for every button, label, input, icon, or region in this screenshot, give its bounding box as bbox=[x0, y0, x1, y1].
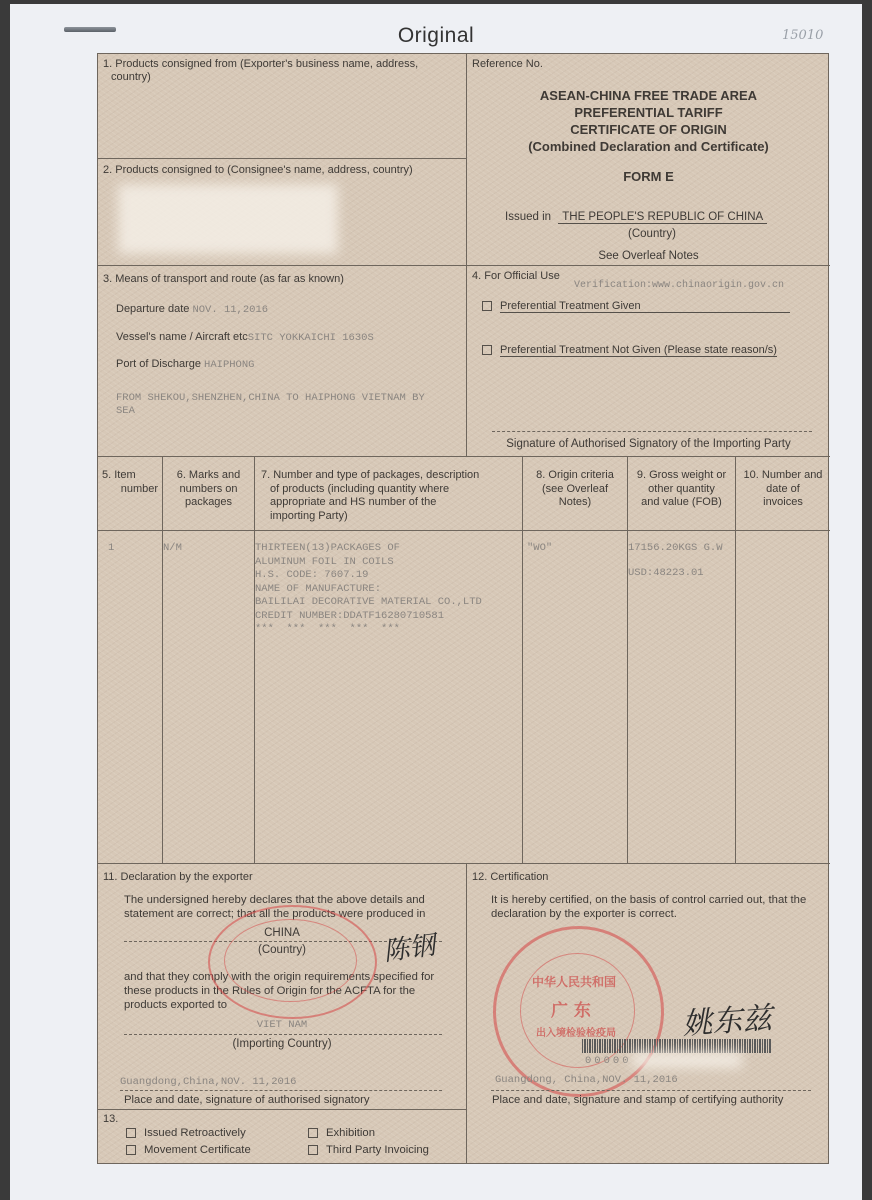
redacted-barcode-number bbox=[632, 1052, 742, 1068]
redacted-consignee bbox=[118, 184, 338, 254]
header-line: 5. Item bbox=[102, 469, 158, 483]
exporter-place-caption: Place and date, signature of authorised … bbox=[124, 1094, 370, 1106]
checkbox-icon[interactable] bbox=[308, 1128, 318, 1138]
header-line: Notes) bbox=[525, 496, 625, 510]
option-label: Exhibition bbox=[326, 1127, 375, 1139]
checkbox-icon[interactable] bbox=[482, 345, 492, 355]
exporter-place-date: Guangdong,China,NOV. 11,2016 bbox=[120, 1076, 296, 1090]
box3-transport: 3. Means of transport and route (as far … bbox=[98, 265, 466, 456]
importing-country: VIET NAM bbox=[98, 1019, 466, 1033]
handwritten-number: 15010 bbox=[782, 28, 823, 43]
option-label: Third Party Invoicing bbox=[326, 1144, 429, 1156]
header-line: 8. Origin criteria bbox=[525, 469, 625, 483]
issued-in-row: Issued in THE PEOPLE'S REPUBLIC OF CHINA bbox=[505, 211, 767, 224]
header-line: packages bbox=[167, 496, 250, 510]
box11-declaration: 11. Declaration by the exporter The unde… bbox=[98, 863, 466, 1109]
value-line: ALUMINUM FOIL IN COILS bbox=[255, 556, 482, 570]
exporter-signature-line bbox=[120, 1090, 442, 1091]
port-value: HAIPHONG bbox=[204, 359, 254, 371]
route-line2: SEA bbox=[116, 405, 135, 419]
header-item-number: 5. Itemnumber bbox=[98, 465, 162, 496]
box11-label: 11. Declaration by the exporter bbox=[103, 871, 253, 884]
column-origin-criteria: 8. Origin criteria(see OverleafNotes)"WO… bbox=[522, 457, 627, 864]
title-line2: PREFERENTIAL TARIFF bbox=[467, 104, 830, 121]
option-not-given-label: Preferential Treatment Not Given (Please… bbox=[500, 344, 777, 357]
column-gross-weight: 9. Gross weight orother quantityand valu… bbox=[627, 457, 735, 864]
certifier-place-caption: Place and date, signature and stamp of c… bbox=[492, 1094, 783, 1106]
box2-label: 2. Products consigned to (Consignee's na… bbox=[103, 164, 413, 177]
stamp-text-line1: 中华人民共和国 bbox=[532, 973, 616, 990]
certificate-title: ASEAN-CHINA FREE TRADE AREA PREFERENTIAL… bbox=[467, 87, 830, 155]
certification-line2: declaration by the exporter is correct. bbox=[491, 907, 806, 921]
column-marks: 6. Marks andnumbers onpackagesN/M bbox=[162, 457, 254, 864]
box3-label: 3. Means of transport and route (as far … bbox=[103, 273, 344, 286]
certification-text: It is hereby certified, on the basis of … bbox=[491, 893, 806, 921]
port-label: Port of Discharge bbox=[116, 358, 201, 370]
goods-table: 5. Itemnumber16. Marks andnumbers onpack… bbox=[98, 456, 830, 863]
stamp-inner-ring bbox=[224, 919, 357, 1002]
box13-label: 13. bbox=[103, 1113, 118, 1126]
box1-exporter: 1. Products consigned from (Exporter's b… bbox=[98, 54, 466, 158]
checkbox-icon[interactable] bbox=[126, 1128, 136, 1138]
option-given-label: Preferential Treatment Given bbox=[500, 300, 790, 313]
departure-label: Departure date bbox=[116, 303, 189, 315]
overleaf-notes: See Overleaf Notes bbox=[467, 250, 830, 262]
header-line: and value (FOB) bbox=[630, 496, 733, 510]
option-movement-certificate[interactable]: Movement Certificate bbox=[126, 1144, 251, 1156]
column-item-number: 5. Itemnumber1 bbox=[98, 457, 162, 864]
value-line: *** *** *** *** *** bbox=[255, 623, 482, 637]
title-line3: CERTIFICATE OF ORIGIN bbox=[467, 121, 830, 138]
title-line1: ASEAN-CHINA FREE TRADE AREA bbox=[467, 87, 830, 104]
value-line: N/M bbox=[163, 542, 182, 556]
value-line: "WO" bbox=[527, 542, 552, 556]
checkbox-icon[interactable] bbox=[482, 301, 492, 311]
departure-value: NOV. 11,2016 bbox=[192, 304, 268, 316]
importing-signature-caption: Signature of Authorised Signatory of the… bbox=[467, 438, 830, 450]
declaration-line1: The undersigned hereby declares that the… bbox=[124, 893, 425, 907]
box2-consignee: 2. Products consigned to (Consignee's na… bbox=[98, 158, 466, 265]
certifier-signature-line bbox=[491, 1090, 811, 1091]
header-line: other quantity bbox=[630, 483, 733, 497]
checkbox-icon[interactable] bbox=[308, 1145, 318, 1155]
header-invoices: 10. Number anddate ofinvoices bbox=[736, 465, 830, 510]
value-marks: N/M bbox=[163, 542, 182, 556]
certificate-form: 1. Products consigned from (Exporter's b… bbox=[97, 53, 829, 1164]
departure-row: Departure date NOV. 11,2016 bbox=[116, 303, 268, 318]
page-title: Original bbox=[0, 24, 872, 48]
value-line: CREDIT NUMBER:DDATF16280710581 bbox=[255, 610, 482, 624]
header-line: numbers on bbox=[167, 483, 250, 497]
importing-line bbox=[124, 1034, 442, 1035]
box1-label-line1: 1. Products consigned from (Exporter's b… bbox=[103, 58, 418, 71]
header-gross-weight: 9. Gross weight orother quantityand valu… bbox=[628, 465, 735, 510]
checkbox-icon[interactable] bbox=[126, 1145, 136, 1155]
value-line: BAILILAI DECORATIVE MATERIAL CO.,LTD bbox=[255, 596, 482, 610]
value-line: 17156.20KGS G.W bbox=[628, 542, 723, 556]
title-line4: (Combined Declaration and Certificate) bbox=[467, 138, 830, 155]
value-line bbox=[736, 542, 742, 556]
header-description: 7. Number and type of packages, descript… bbox=[255, 465, 522, 523]
option-label: Movement Certificate bbox=[144, 1144, 251, 1156]
port-row: Port of Discharge HAIPHONG bbox=[116, 358, 254, 373]
certifier-place-date: Guangdong, China,NOV. 11,2016 bbox=[495, 1074, 678, 1088]
box1-label: 1. Products consigned from (Exporter's b… bbox=[103, 58, 418, 84]
header-marks: 6. Marks andnumbers onpackages bbox=[163, 465, 254, 510]
official-bureau-stamp: 中华人民共和国 广 东 出入境检验检疫局 bbox=[493, 926, 664, 1097]
box13-options: 13. Issued Retroactively Exhibition Move… bbox=[98, 1109, 466, 1163]
form-name: FORM E bbox=[467, 169, 830, 184]
header-origin-criteria: 8. Origin criteria(see OverleafNotes) bbox=[523, 465, 627, 510]
value-description: THIRTEEN(13)PACKAGES OFALUMINUM FOIL IN … bbox=[255, 542, 482, 637]
value-line: 1 bbox=[108, 542, 114, 556]
country-caption: (Country) bbox=[572, 228, 732, 240]
value-line: NAME OF MANUFACTURE: bbox=[255, 583, 482, 597]
importing-country-caption: (Importing Country) bbox=[98, 1038, 466, 1050]
exporter-signature: 陈钢 bbox=[381, 925, 438, 969]
barcode-number: 00000 bbox=[585, 1055, 632, 1069]
value-line: H.S. CODE: 7607.19 bbox=[255, 569, 482, 583]
header-line: number bbox=[102, 483, 158, 497]
column-description: 7. Number and type of packages, descript… bbox=[254, 457, 522, 864]
certifier-signature: 姚东兹 bbox=[681, 993, 774, 1043]
header-line: appropriate and HS number of the bbox=[261, 496, 518, 510]
header-line: 10. Number and bbox=[738, 469, 828, 483]
value-invoices bbox=[736, 542, 742, 556]
vessel-value: SITC YOKKAICHI 1630S bbox=[248, 332, 374, 344]
issued-in-value: THE PEOPLE'S REPUBLIC OF CHINA bbox=[558, 211, 767, 224]
header-line: 9. Gross weight or bbox=[630, 469, 733, 483]
option-treatment-given[interactable]: Preferential Treatment Given bbox=[482, 300, 792, 313]
stamp-text-line2: 广 东 bbox=[551, 996, 591, 1021]
option-exhibition[interactable]: Exhibition bbox=[308, 1127, 375, 1139]
vessel-row: Vessel's name / Aircraft etcSITC YOKKAIC… bbox=[116, 331, 374, 346]
column-invoices: 10. Number anddate ofinvoices bbox=[735, 457, 830, 864]
header-line: of products (including quantity where bbox=[261, 483, 518, 497]
option-issued-retroactively[interactable]: Issued Retroactively bbox=[126, 1127, 246, 1139]
box12-certification: 12. Certification It is hereby certified… bbox=[466, 863, 830, 1163]
box4-label: 4. For Official Use bbox=[472, 270, 560, 283]
box12-label: 12. Certification bbox=[472, 871, 548, 884]
header-line: 6. Marks and bbox=[167, 469, 250, 483]
header-line: invoices bbox=[738, 496, 828, 510]
option-treatment-not-given[interactable]: Preferential Treatment Not Given (Please… bbox=[482, 344, 802, 357]
header-line: (see Overleaf bbox=[525, 483, 625, 497]
signature-line bbox=[492, 431, 812, 432]
header-line: importing Party) bbox=[261, 510, 518, 524]
value-gross-weight: 17156.20KGS G.W USD:48223.01 bbox=[628, 542, 723, 580]
option-third-party-invoicing[interactable]: Third Party Invoicing bbox=[308, 1144, 429, 1156]
issued-in-label: Issued in bbox=[505, 211, 551, 223]
value-item-number: 1 bbox=[108, 542, 114, 556]
value-line: USD:48223.01 bbox=[628, 567, 723, 581]
box4-official-use: 4. For Official Use Verification:www.chi… bbox=[466, 265, 830, 456]
reference-block: Reference No. ASEAN-CHINA FREE TRADE ARE… bbox=[466, 54, 830, 265]
value-line: THIRTEEN(13)PACKAGES OF bbox=[255, 542, 482, 556]
vessel-label: Vessel's name / Aircraft etc bbox=[116, 331, 248, 343]
header-line: 7. Number and type of packages, descript… bbox=[261, 469, 518, 483]
value-line bbox=[628, 556, 723, 567]
value-origin-criteria: "WO" bbox=[527, 542, 552, 556]
verification-url: Verification:www.chinaorigin.gov.cn bbox=[574, 279, 784, 293]
exporter-company-stamp bbox=[208, 905, 377, 1019]
header-line: date of bbox=[738, 483, 828, 497]
stamp-text-line3: 出入境检验检疫局 bbox=[536, 1024, 616, 1039]
box1-label-line2: country) bbox=[103, 71, 418, 84]
barcode bbox=[582, 1039, 772, 1053]
option-label: Issued Retroactively bbox=[144, 1127, 246, 1139]
reference-label: Reference No. bbox=[472, 58, 543, 71]
route-line1: FROM SHEKOU,SHENZHEN,CHINA TO HAIPHONG V… bbox=[116, 392, 425, 406]
certification-line1: It is hereby certified, on the basis of … bbox=[491, 893, 806, 907]
